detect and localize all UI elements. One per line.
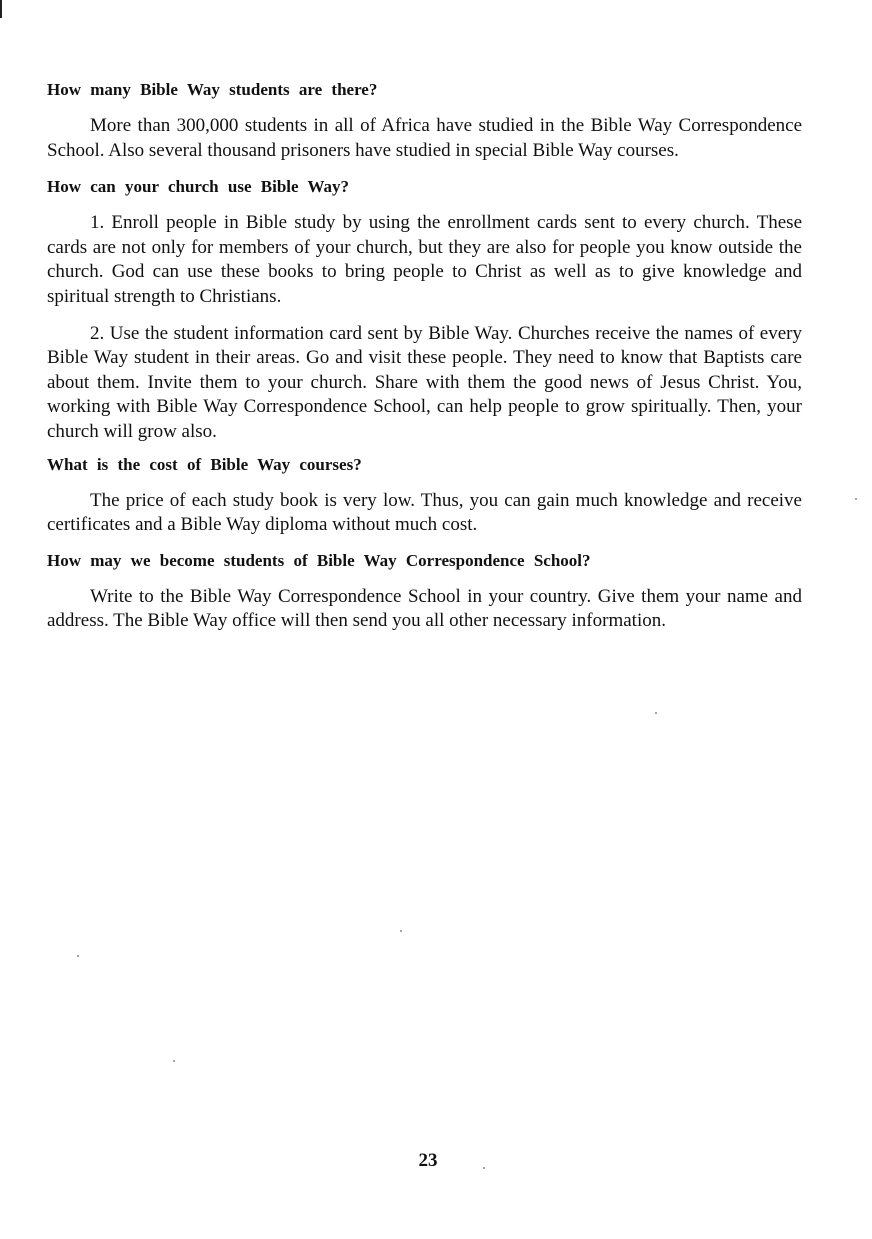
paragraph-become-students: Write to the Bible Way Correspondence Sc… <box>47 585 802 634</box>
scan-speck <box>400 930 402 932</box>
paragraph-student-count: More than 300,000 students in all of Afr… <box>47 114 802 163</box>
scan-speck <box>173 1060 175 1062</box>
scan-speck <box>855 498 857 500</box>
scan-speck <box>483 1167 485 1169</box>
section-heading-course-cost: What is the cost of Bible Way courses? <box>47 453 802 477</box>
section-heading-student-count: How many Bible Way students are there? <box>47 78 802 102</box>
section-heading-become-students: How may we become students of Bible Way … <box>47 549 802 573</box>
paragraph-enroll-people: 1. Enroll people in Bible study by using… <box>47 211 802 309</box>
paragraph-course-cost: The price of each study book is very low… <box>47 489 802 538</box>
document-page: How many Bible Way students are there? M… <box>47 78 802 634</box>
page-number: 23 <box>0 1150 856 1172</box>
scan-edge-mark <box>0 0 2 18</box>
scan-speck <box>655 712 657 714</box>
section-heading-church-use: How can your church use Bible Way? <box>47 175 802 199</box>
scan-speck <box>77 955 79 957</box>
paragraph-student-info-card: 2. Use the student information card sent… <box>47 322 802 445</box>
